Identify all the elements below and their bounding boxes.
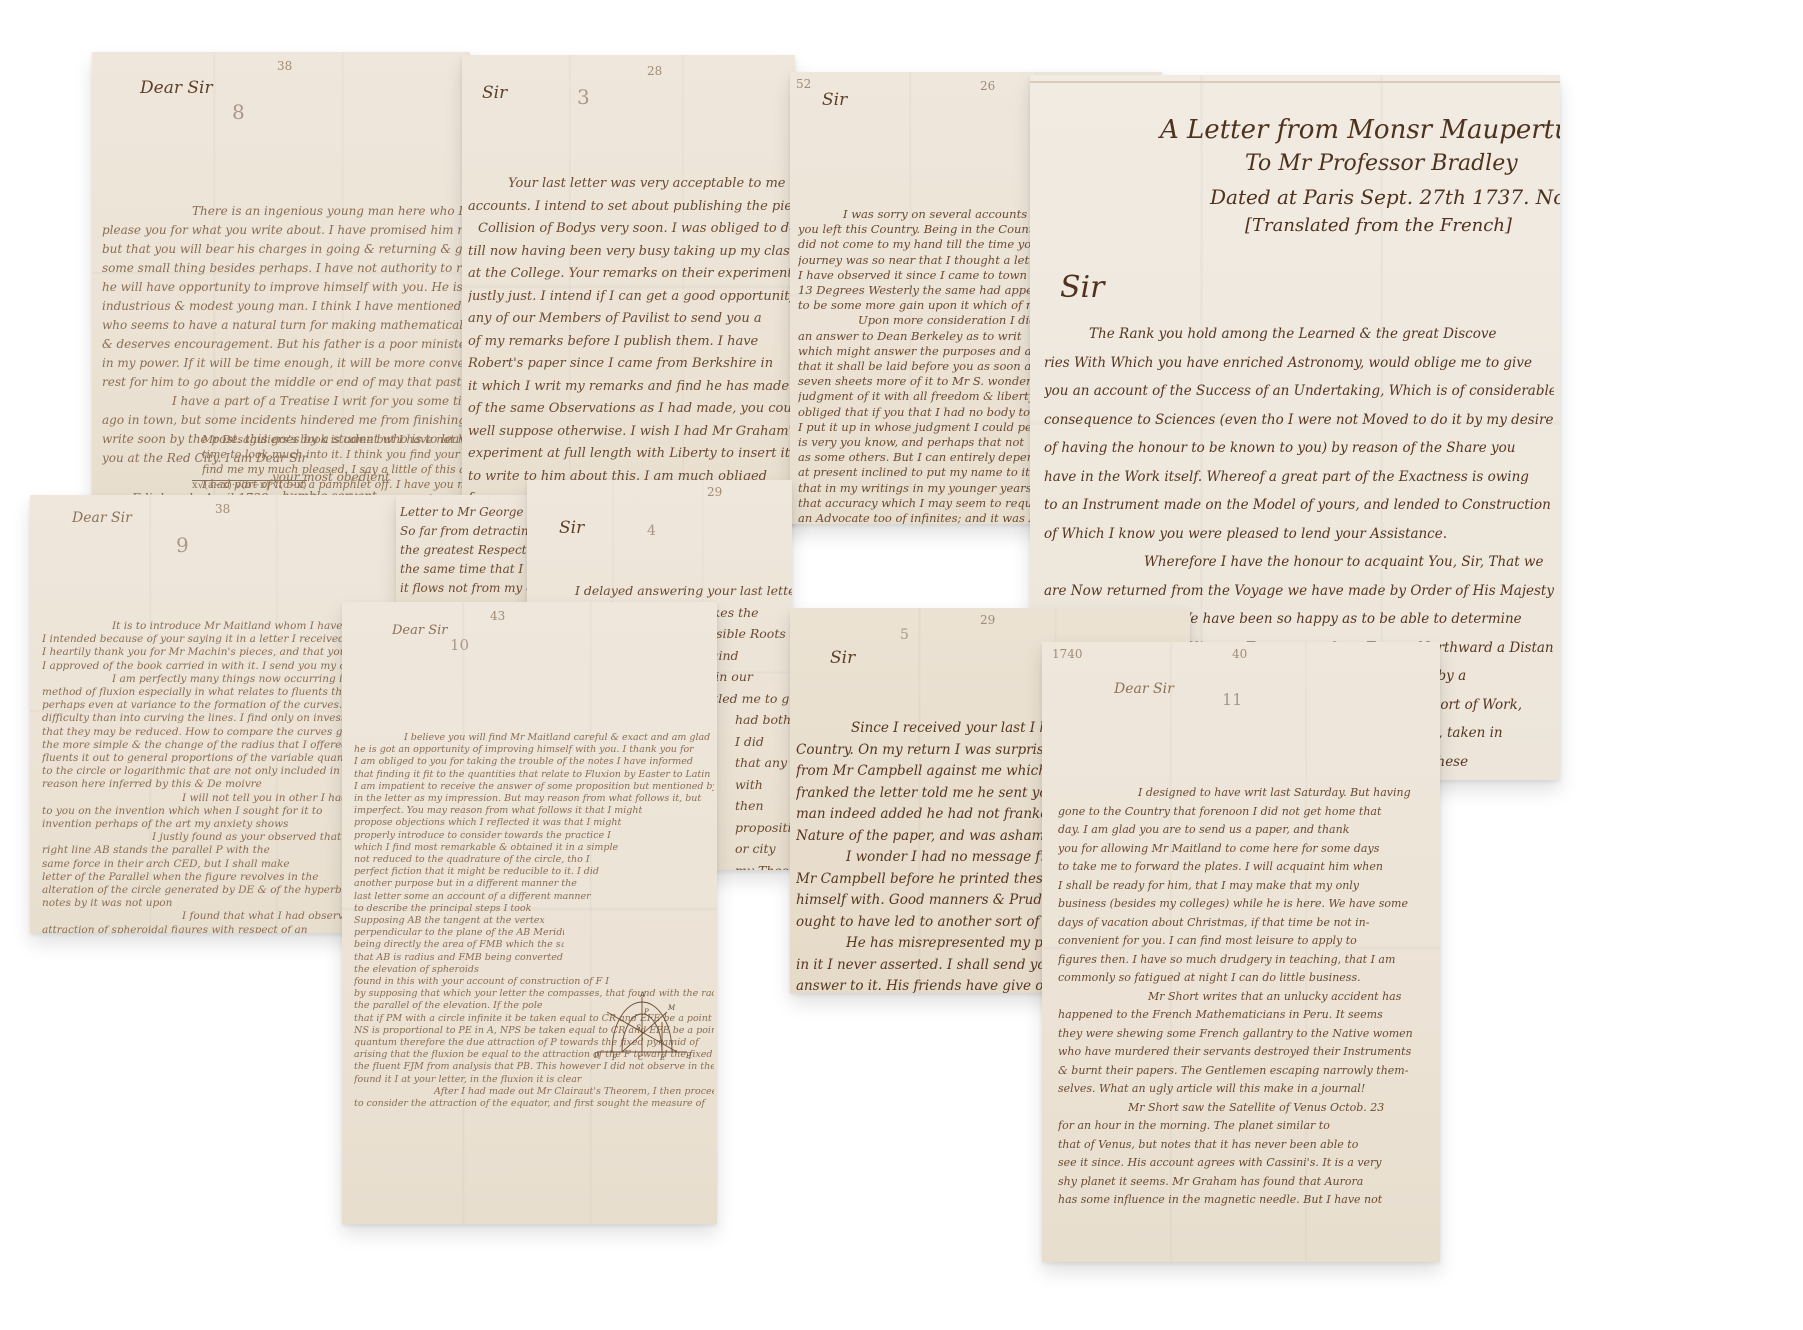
letter-number: 4 [647,524,656,538]
folio-number: 38 [277,60,292,72]
svg-text:D: D [593,1052,600,1060]
letter-sheet-10: Dear Sir 43 10 I believe you will find M… [342,602,717,1224]
letter-number: 5 [900,628,909,642]
salutation: Dear Sir [392,624,448,637]
folio-number: 29 [707,486,722,498]
letter-number: 3 [577,87,590,107]
salutation: Sir [830,650,855,667]
geometric-diagram: A P M S D F C E B [592,992,692,1062]
salutation: Sir [559,520,584,537]
letter-recipient: To Mr Professor Bradley [1245,151,1518,176]
folio-number: 40 [1232,648,1247,660]
letter-number: 8 [232,102,245,122]
corner-number: 52 [796,78,811,90]
folio-number: 28 [647,65,662,77]
folio-number: 29 [980,614,995,626]
formula: x√(a−x)·√(b−x)·√(c−x) [192,480,307,491]
svg-text:P: P [643,1008,649,1016]
letter-number: 10 [450,638,469,653]
letter-body: I designed to have writ last Saturday. B… [1058,784,1436,1210]
letter-sheet-3: Sir 28 3 Your last letter was very accep… [462,55,795,525]
svg-text:A: A [639,992,645,999]
letter-sheet-campbell: Letter to Mr George Campbell So far from… [396,495,536,603]
letter-body: Your last letter was very acceptable to … [468,173,793,525]
salutation: Dear Sir [140,80,213,97]
salutation: Dear Sir [72,511,132,525]
salutation: Sir [822,92,847,109]
salutation: Sir [1060,270,1105,305]
translated-note: [Translated from the French] [1245,215,1512,236]
svg-text:F: F [611,1054,618,1062]
letter-number: 11 [1222,692,1242,708]
svg-text:B: B [685,1052,691,1060]
salutation: Sir [482,85,507,102]
folio-number: 43 [490,610,505,622]
torn-edge [1030,75,1560,83]
svg-text:E: E [659,1054,665,1062]
letter-sheet-11: Dear Sir 1740 40 11 I designed to have w… [1042,642,1440,1262]
letter-title: A Letter from Monsr Maupertuis [1160,115,1560,145]
svg-text:S: S [636,1024,641,1032]
svg-text:M: M [667,1004,676,1012]
letter-body: Letter to Mr George Campbell So far from… [400,503,536,598]
svg-text:C: C [638,1054,644,1062]
letter-number: 9 [176,535,189,555]
folio-left: 1740 [1052,648,1083,660]
letter-dateline: Dated at Paris Sept. 27th 1737. No. 1. [1210,185,1560,209]
folio-number: 38 [215,503,230,515]
folio-number: 26 [980,80,995,92]
salutation: Dear Sir [1114,682,1174,696]
letter-sheet-8: Dear Sir 38 8 There is an ingenious youn… [92,52,470,500]
